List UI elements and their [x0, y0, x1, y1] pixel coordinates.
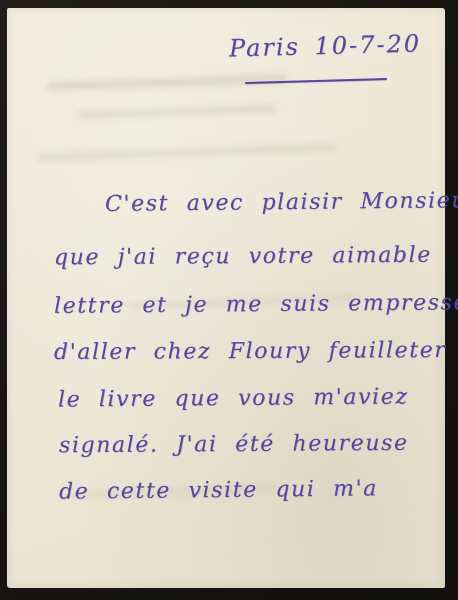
letter-line: lettre et je me suis empressée	[54, 290, 458, 319]
letter-paper: Paris 10-7-20 C'est avec plaisir Monsieu…	[7, 8, 445, 588]
letter-line: le livre que vous m'aviez	[58, 384, 409, 412]
ink-showthrough	[37, 143, 337, 162]
letter-scan: Paris 10-7-20 C'est avec plaisir Monsieu…	[0, 0, 458, 600]
letter-line: de cette visite qui m'a	[59, 476, 378, 504]
letter-line: que j'ai reçu votre aimable	[54, 243, 432, 271]
letter-line: signalé. J'ai été heureuse	[59, 431, 409, 458]
letter-line: C'est avec plaisir Monsieur	[105, 188, 458, 217]
letter-line: d'aller chez Floury feuilleter	[54, 338, 447, 365]
ink-showthrough	[77, 105, 277, 120]
letter-dateline: Paris 10-7-20	[229, 29, 422, 62]
